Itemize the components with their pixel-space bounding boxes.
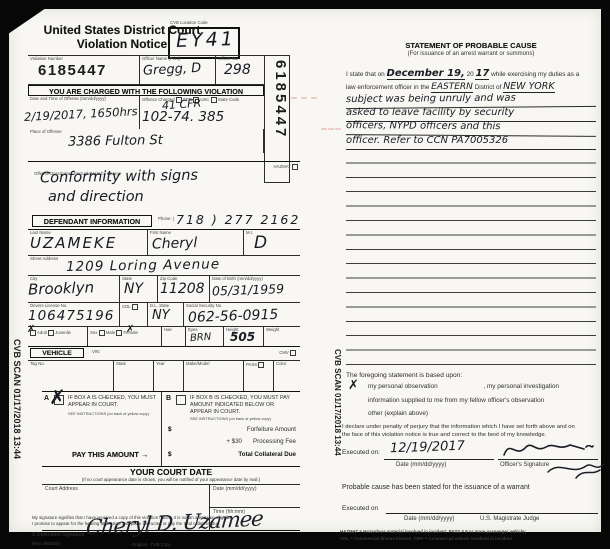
vehicle-row: VEHICLE VIN: CMV: [28, 347, 300, 361]
female-checkbox: [116, 330, 122, 336]
total-label: Total Collateral Due: [238, 451, 296, 458]
court-date-cell: Date (mm/dd/yyyy): [210, 485, 300, 508]
adult-juvenile-line: ✗ Adult Juvenile: [28, 327, 87, 336]
offense-description-section: Offense Description: Factual Basis for C…: [28, 161, 300, 214]
court-date-header: YOUR COURT DATE: [42, 467, 300, 477]
court-date-label: Date (mm/dd/yyyy): [210, 485, 300, 493]
last-name-value: UZAMEKE: [30, 234, 147, 252]
offense-charged-label-line: Offense Charged CFR USC State Code: [140, 96, 264, 103]
executed2-date-label: Date (mm/dd/yyyy): [404, 516, 454, 522]
eyes-cell: Eyes BRN: [186, 327, 224, 346]
warrant-text: Probable cause has been stated for the i…: [342, 484, 600, 491]
blank-ruled-lines: [346, 149, 596, 366]
opt-other: other (explain above): [368, 410, 428, 417]
male-label: Male: [106, 330, 115, 335]
sex-label: Sex: [90, 330, 97, 335]
adult-check-mark: ✗: [27, 324, 35, 335]
executed2-label: Executed on: [342, 505, 378, 512]
state-cell: State NY: [120, 276, 158, 302]
vehicle-header: VEHICLE: [30, 348, 84, 358]
processing-label: Processing Fee: [253, 438, 296, 445]
rev-label: (Rev. 09/2015): [32, 542, 60, 547]
officer-signature-flourish: [546, 458, 606, 480]
scanned-violation-notice: CVB SCAN 01/17/2018 13:44 CVB SCAN 01/17…: [0, 0, 610, 549]
last-name-cell: Last Name UZAMEKE: [28, 230, 148, 255]
pass-cell: PASS: [244, 361, 274, 391]
statement-intro-line1: I state that on December 19, 20 17 while…: [346, 68, 598, 79]
box-a-text: IF BOX A IS CHECKED, YOU MUST APPEAR IN …: [68, 395, 158, 409]
height-cell: Height 505: [224, 327, 264, 346]
officer-signature-label: Officer's Signature: [500, 462, 549, 468]
tag-row: Tag No. State Year Make/Model PASS Color: [28, 361, 300, 391]
street-row: Street Address 1209 Loring Avenue: [28, 256, 300, 276]
state-code-label: State Code: [218, 97, 240, 102]
violation-notice-page: United States District Court Violation N…: [28, 21, 312, 532]
city-row: City Brooklyn State NY Zip Code 11208 Da…: [28, 276, 300, 303]
intro-text-2: 20: [467, 71, 474, 78]
violation-number-cell: Violation Number 6185447: [28, 56, 140, 84]
box-b-half: B IF BOX B IS CHECKED, YOU MUST PAY AMOU…: [162, 392, 300, 466]
defendant-header: DEFENDANT INFORMATION: [32, 215, 152, 227]
executed2-underline: [386, 513, 598, 514]
hair-cell: Hair: [162, 327, 186, 346]
dob-value: 05/31/1959: [212, 280, 300, 298]
middle-initial-value: D: [254, 233, 300, 253]
dl-state-value: NY: [152, 308, 183, 323]
hazmat-field: HAZMAT: [274, 164, 298, 170]
year-label: Year: [154, 361, 183, 367]
street-value: 1209 Loring Avenue: [66, 255, 300, 275]
personal-row: ✗ Adult Juvenile Sex Male ✗ Female Hair: [28, 327, 300, 347]
statement-subtitle: (For issuance of an arrest warrant or su…: [338, 51, 604, 57]
ssn-cell: Social Security No. 062-56-0915: [184, 303, 300, 326]
judge-label: U.S. Magistrate Judge: [480, 516, 539, 522]
box-a-check-mark: ✗: [49, 385, 66, 409]
offense-datetime-label: Date and Time of Offense (mm/dd/yyyy): [28, 96, 139, 102]
intro-text-4: law enforcement officer in the: [346, 84, 429, 91]
cvb-location-value: EY41: [176, 28, 237, 52]
box-a-sub: SEE INSTRUCTIONS (on back of yellow copy…: [68, 412, 158, 416]
executed-date-label: Date (mm/dd/yyyy): [396, 462, 446, 468]
adult-juvenile-cell: ✗ Adult Juvenile: [28, 327, 88, 346]
statement-line: officer. Refer to CCN PA7005326: [346, 135, 596, 150]
zip-value: 11208: [160, 281, 209, 297]
pay-this-amount: PAY THIS AMOUNT →: [72, 450, 148, 459]
pass-line: PASS: [244, 361, 273, 368]
statement-intro-line2: law enforcement officer in the EASTERN D…: [346, 81, 598, 92]
license-value: 106475196: [28, 308, 119, 324]
tag-state-label: State: [114, 361, 153, 367]
state-value: NY: [124, 281, 157, 297]
city-cell: City Brooklyn: [28, 276, 120, 302]
first-name-cell: First Name Cheryl: [148, 230, 244, 255]
court-address-label: Court Address: [42, 485, 209, 493]
violation-number-value: 6185447: [28, 62, 139, 79]
opt-investigation: , my personal investigation: [483, 383, 559, 390]
court-date-sub: (If no court appearance date is shown, y…: [42, 477, 300, 482]
pass-checkbox: [258, 362, 264, 368]
city-value: Brooklyn: [28, 277, 120, 298]
offense-charged-value: 102-74. 385: [142, 109, 224, 125]
height-value: 505: [230, 330, 263, 344]
tag-cell: Tag No.: [28, 361, 114, 391]
cdl-label: CDL: [122, 304, 130, 309]
box-b-sub: SEE INSTRUCTIONS (on back of yellow copy…: [190, 417, 296, 421]
year-cell: Year: [154, 361, 184, 391]
license-row: Drivers License No. 106475196 CDL D.L. S…: [28, 303, 300, 327]
cdl-label-line: CDL: [120, 303, 147, 310]
dl-state-cell: D.L. State NY: [148, 303, 184, 326]
probable-cause-page: STATEMENT OF PROBABLE CAUSE (For issuanc…: [338, 21, 604, 532]
offense-datetime-value: 2/19/2017, 1650hrs: [24, 104, 140, 124]
cdl-cell: CDL: [120, 303, 148, 326]
tag-label: Tag No.: [28, 361, 113, 367]
vin-label: VIN:: [92, 350, 100, 355]
make-cell: Make/Model: [184, 361, 244, 391]
cmv-checkbox: [290, 350, 296, 356]
offense-description-line2: and direction: [48, 189, 144, 205]
zip-cell: Zip Code 11208: [158, 276, 210, 302]
hazmat-checkbox: [292, 164, 298, 170]
offense-datetime-cell: Date and Time of Offense (mm/dd/yyyy) 2/…: [28, 96, 140, 129]
appearance-section: A ✗ IF BOX A IS CHECKED, YOU MUST APPEAR…: [42, 391, 300, 467]
offense-charged-cell: Offense Charged CFR USC State Code 41 CF…: [140, 96, 264, 129]
color-cell: Color: [274, 361, 300, 391]
weight-label: Weight: [264, 327, 300, 333]
tag-state-cell: State: [114, 361, 154, 391]
based-upon-label: The foregoing statement is based upon:: [346, 372, 462, 379]
court-date-section: YOUR COURT DATE (If no court appearance …: [42, 467, 300, 485]
cdl-checkbox: [132, 304, 138, 310]
offense-description-line1: Conformity with signs: [40, 168, 198, 187]
usc-label: USC: [200, 97, 209, 102]
forfeiture-label: Forfeiture Amount: [247, 426, 296, 433]
offense-row: Date and Time of Offense (mm/dd/yyyy) 2/…: [28, 96, 264, 129]
intro-year-fill: 17: [475, 68, 489, 80]
make-label: Make/Model: [184, 361, 243, 367]
phone-label: Phone: (: [158, 217, 174, 222]
opt-observation: my personal observation: [368, 383, 438, 390]
executed-date: 12/19/2017: [390, 439, 465, 457]
intro-text-3: while exercising my duties as a: [491, 71, 579, 78]
place-value: 3386 Fulton St: [68, 131, 263, 149]
charged-banner: YOU ARE CHARGED WITH THE FOLLOWING VIOLA…: [28, 85, 264, 96]
processing-amount: + $30: [226, 438, 242, 445]
intro-state-fill: NEW YORK: [503, 81, 554, 93]
officer-no-value: 298: [216, 62, 264, 78]
officer-name-cell: Officer Name (Print) Gregg, D: [140, 56, 216, 84]
executed-label: Executed on:: [342, 449, 380, 456]
statement-title: STATEMENT OF PROBABLE CAUSE: [338, 41, 604, 50]
first-name-value: Cheryl: [152, 233, 244, 252]
name-row: Last Name UZAMEKE First Name Cheryl M.I.…: [28, 230, 300, 256]
phone-value: 718 ) 277 2162: [176, 212, 300, 227]
officer-name-value: Gregg, D: [140, 60, 216, 79]
middle-initial-cell: M.I. D: [244, 230, 300, 255]
footnote-line1: HAZMAT = Hazardous material involved in …: [340, 529, 602, 534]
adult-label: Adult: [37, 330, 47, 335]
intro-text-1: I state that on: [346, 71, 385, 78]
defendant-signature-label: X Defendant Signature: [32, 533, 85, 539]
forfeiture-dollar: $: [168, 426, 172, 433]
intro-date-fill: December 19,: [387, 68, 465, 80]
officer-no-cell: Officer No. 298: [216, 56, 264, 84]
hair-label: Hair: [162, 327, 185, 333]
declaration-line1: I declare under penalty of perjury that …: [342, 424, 600, 430]
identity-row: Violation Number 6185447 Officer Name (P…: [28, 55, 264, 85]
intro-district-fill: EASTERN: [431, 82, 473, 93]
license-cell: Drivers License No. 106475196: [28, 303, 120, 326]
sex-cell: Sex Male ✗ Female: [88, 327, 162, 346]
cmv-label: CMV: [279, 350, 289, 355]
observation-check-mark: ✗: [348, 378, 359, 393]
eyes-value: BRN: [190, 331, 224, 344]
color-label: Color: [274, 361, 300, 367]
pass-label: PASS: [246, 362, 257, 367]
female-check-mark: ✗: [126, 324, 134, 335]
box-b-text: IF BOX B IS CHECKED, YOU MUST PAY AMOUNT…: [190, 395, 296, 415]
opt-supplied: information supplied to me from my fello…: [368, 397, 544, 404]
cmv-field: CMV: [279, 350, 296, 356]
box-b-checkbox: [176, 395, 186, 405]
executed-underline: [384, 459, 494, 460]
hazmat-label: HAZMAT: [274, 164, 291, 169]
cvb-scan-stamp-left: CVB SCAN 01/17/2018 13:44: [12, 339, 22, 539]
box-b-letter: B: [166, 395, 171, 402]
street-label: Street Address: [30, 257, 58, 262]
weight-cell: Weight: [264, 327, 300, 346]
defendant-header-row: DEFENDANT INFORMATION Phone: ( 718 ) 277…: [28, 213, 300, 230]
male-checkbox: [99, 330, 105, 336]
copy-label: Original - CVB Copy: [132, 543, 171, 548]
basis-option-line1: ✗ my personal observation , my personal …: [348, 383, 598, 390]
dob-cell: Date of Birth (mm/dd/yyyy) 05/31/1959: [210, 276, 300, 302]
total-dollar: $: [168, 451, 172, 458]
paper: CVB SCAN 01/17/2018 13:44 CVB SCAN 01/17…: [9, 9, 601, 532]
footnote-line2: CDL = Commercial drivers license; CMV = …: [340, 536, 602, 541]
place-row: Place of Offense 3386 Fulton St: [28, 129, 264, 153]
ssn-value: 062-56-0915: [188, 306, 300, 326]
sex-line: Sex Male ✗ Female: [88, 327, 161, 336]
state-code-checkbox: [211, 97, 217, 103]
juvenile-label: Juvenile: [55, 330, 71, 335]
juvenile-checkbox: [48, 330, 54, 336]
box-a-half: A ✗ IF BOX A IS CHECKED, YOU MUST APPEAR…: [42, 392, 162, 466]
cvb-location-label: CVB Location Code: [170, 21, 208, 26]
intro-text-5: District of: [475, 84, 502, 91]
